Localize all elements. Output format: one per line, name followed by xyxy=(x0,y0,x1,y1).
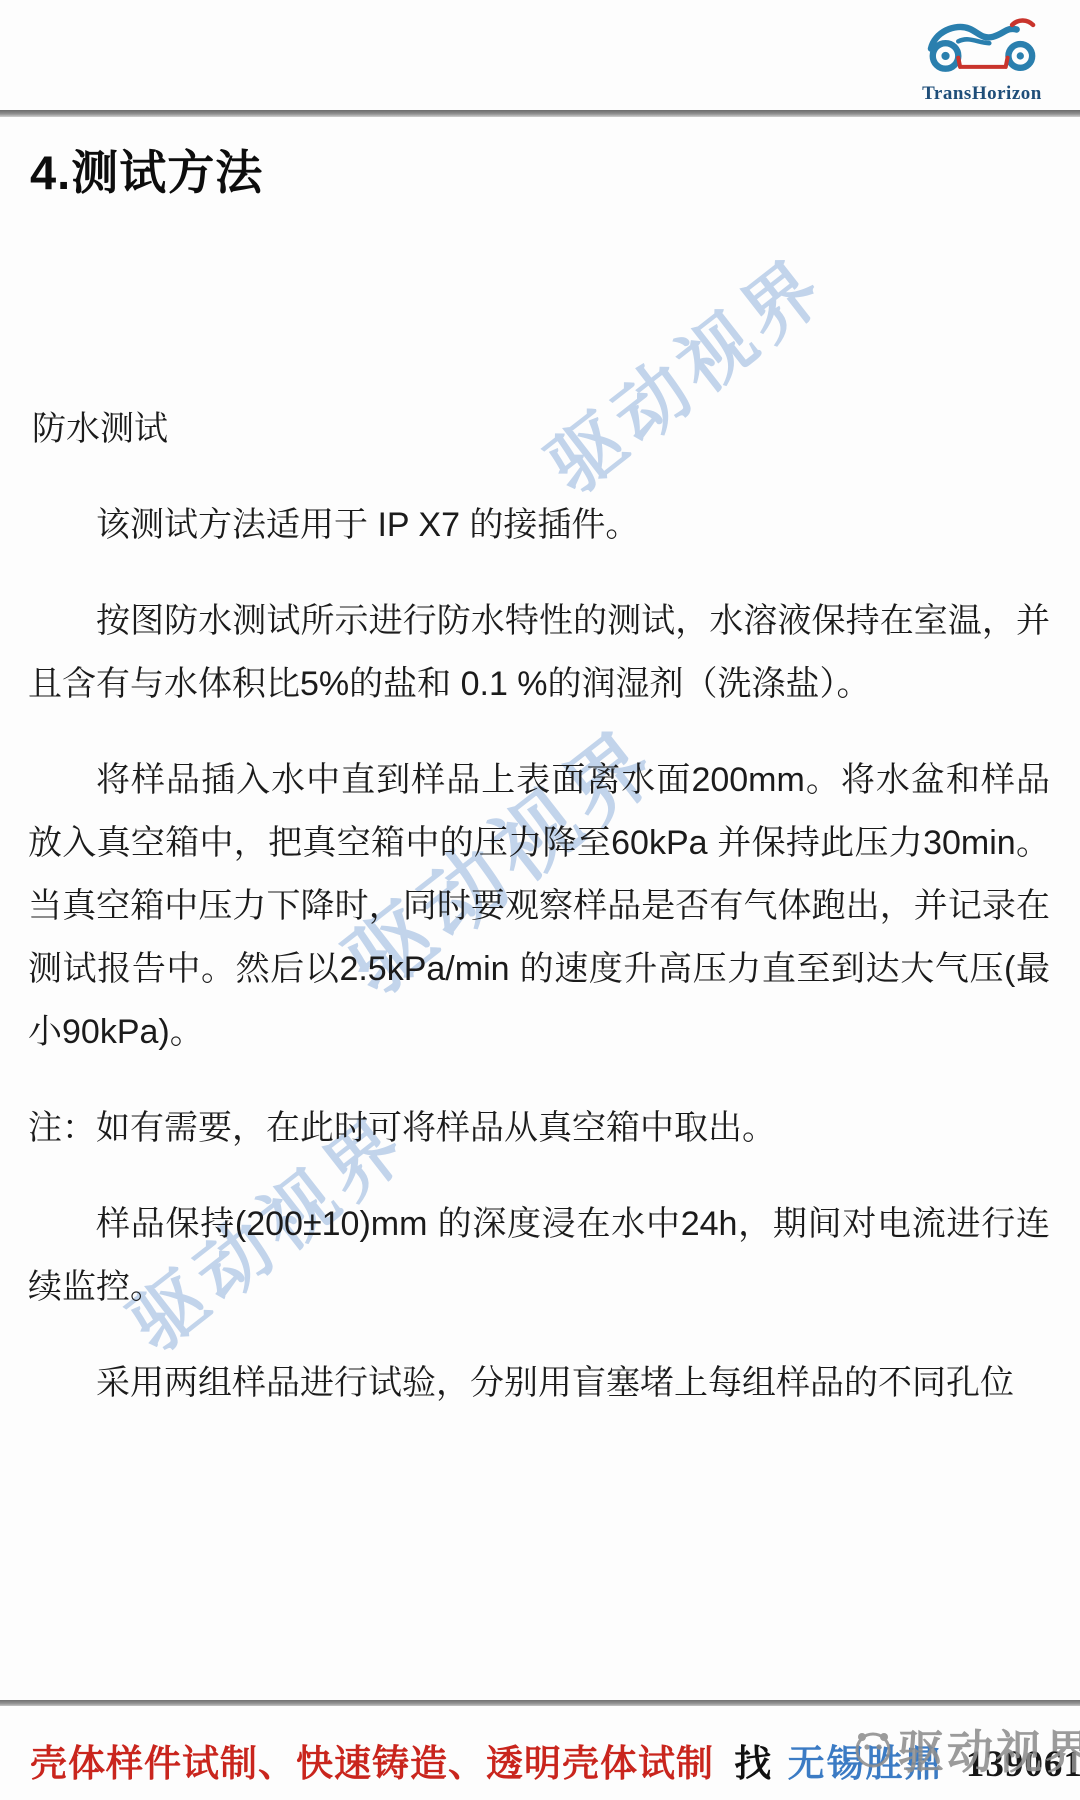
section-heading: 防水测试 xyxy=(32,398,1050,461)
bottom-divider xyxy=(0,1700,1080,1706)
paragraph: 将样品插入水中直到样品上表面离水面200mm。将水盆和样品放入真空箱中，把真空箱… xyxy=(28,749,1050,1064)
paragraph: 该测试方法适用于 IP X7 的接插件。 xyxy=(28,494,1050,557)
car-wave-logo-icon xyxy=(918,14,1046,81)
paragraph: 样品保持(200±10)mm 的深度浸在水中24h，期间对电流进行连续监控。 xyxy=(28,1193,1050,1319)
page-title: 4.测试方法 xyxy=(30,136,263,203)
footer-watermark-text: 驱动视界 xyxy=(898,1716,1080,1782)
top-divider xyxy=(0,110,1080,117)
face-icon xyxy=(852,1728,894,1770)
note-paragraph: 注：如有需要，在此时可将样品从真空箱中取出。 xyxy=(28,1097,1050,1160)
footer-services: 壳体样件试制、快速铸造、透明壳体试制 xyxy=(30,1744,714,1785)
document-page: 驱动视界 驱动视界 驱动视界 TransHorizon xyxy=(0,0,1080,1800)
brand-name: TransHorizon xyxy=(922,83,1042,105)
document-body: 防水测试 该测试方法适用于 IP X7 的接插件。 按图防水测试所示进行防水特性… xyxy=(28,398,1050,1448)
paragraph: 按图防水测试所示进行防水特性的测试，水溶液保持在室温，并且含有与水体积比5%的盐… xyxy=(28,590,1050,716)
footer-watermark: 驱动视界 xyxy=(852,1716,1080,1782)
transhorizon-logo: TransHorizon xyxy=(916,14,1048,105)
footer-find-label: 找 xyxy=(724,1743,777,1784)
paragraph: 采用两组样品进行试验，分别用盲塞堵上每组样品的不同孔位 xyxy=(28,1352,1050,1415)
